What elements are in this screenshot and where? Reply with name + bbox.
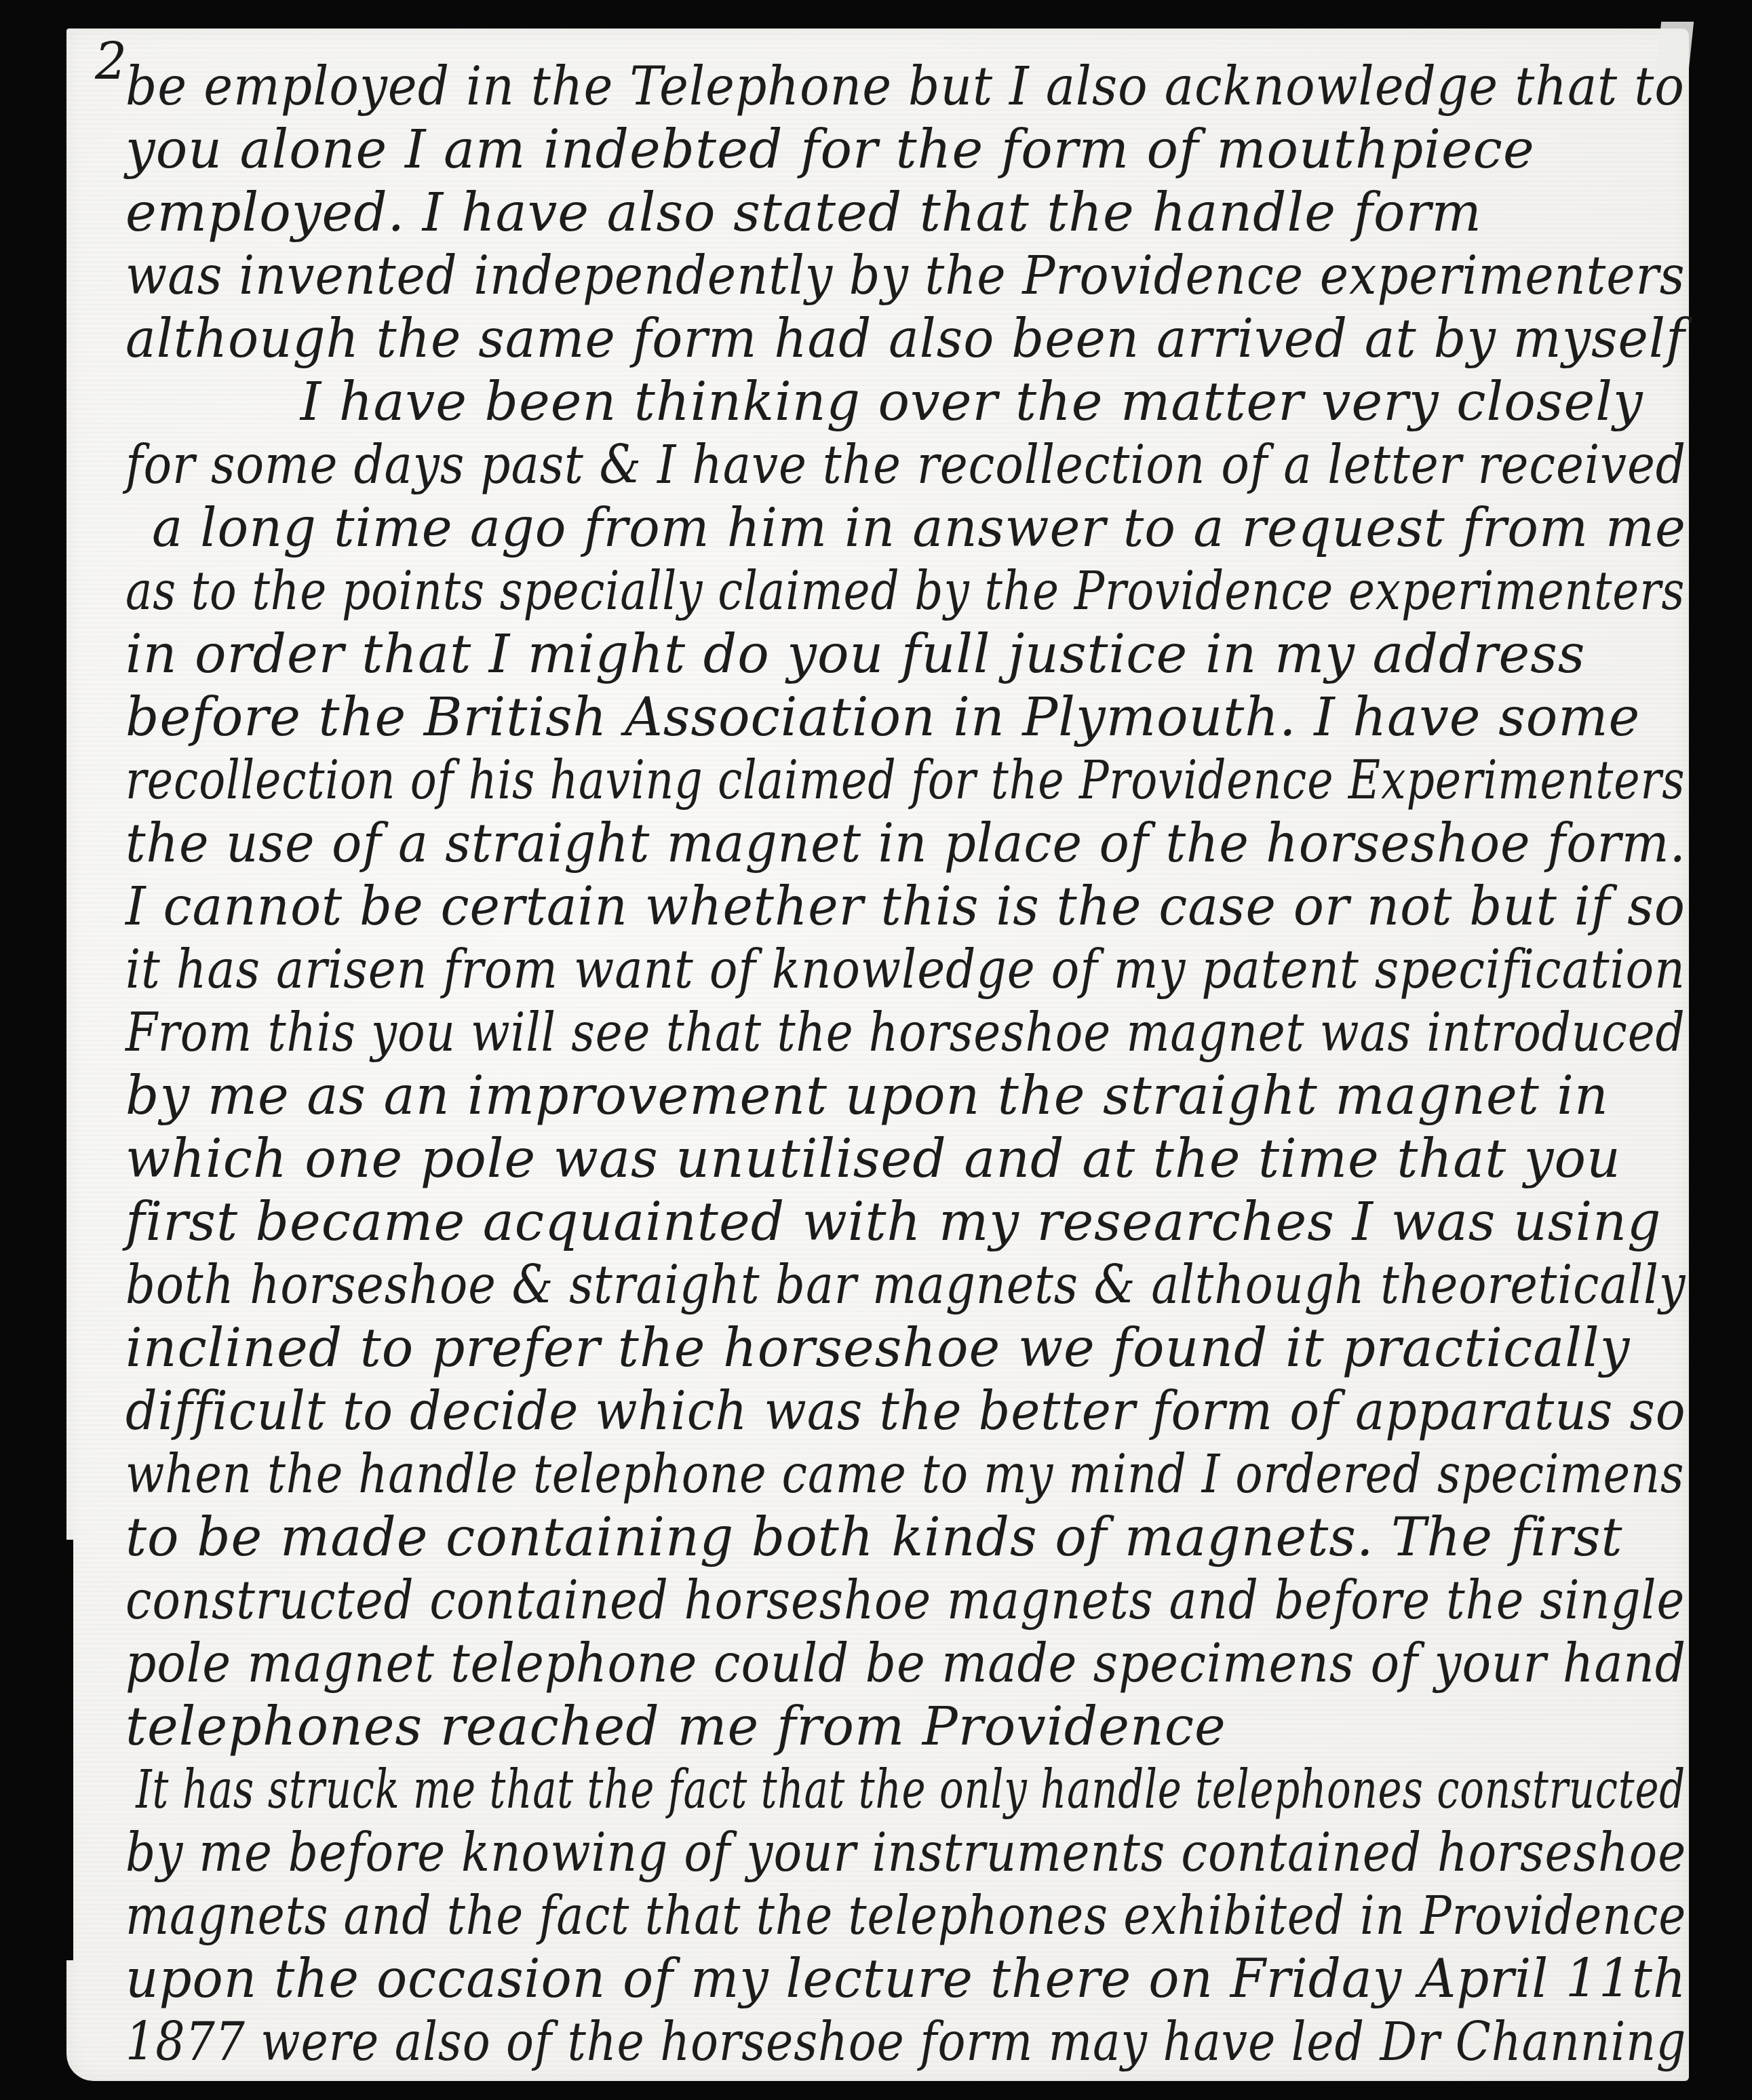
handwritten-line: inclined to prefer the horseshoe we foun…: [125, 1317, 1685, 1380]
scanned-page: 2 be employed in the Telephone but I als…: [0, 0, 1752, 2100]
handwritten-line: recollection of his having claimed for t…: [125, 750, 1433, 813]
handwritten-line: by me before knowing of your instruments…: [125, 1822, 1524, 1885]
handwritten-line: a long time ago from him in answer to a …: [125, 497, 1658, 560]
handwritten-line: be employed in the Telephone but I also …: [125, 56, 1589, 119]
handwritten-line: It has struck me that the fact that the …: [125, 1759, 1323, 1822]
handwritten-line: which one pole was unutilised and at the…: [125, 1128, 1685, 1191]
page-number: 2: [95, 33, 127, 91]
handwritten-line: before the British Association in Plymou…: [125, 686, 1685, 750]
handwritten-line: the use of a straight magnet in place of…: [125, 813, 1612, 876]
handwritten-line: when the handle telephone came to my min…: [125, 1443, 1477, 1506]
handwritten-line: difficult to decide which was the better…: [125, 1380, 1595, 1443]
handwritten-line: constructed contained horseshoe magnets …: [125, 1570, 1515, 1633]
handwritten-line: 1877 were also of the horseshoe form may…: [125, 2011, 1499, 2074]
handwritten-line: From this you will see that the horsesho…: [125, 1002, 1487, 1065]
handwritten-line: for some days past & I have the recollec…: [125, 434, 1523, 497]
handwritten-line: I cannot be certain whether this is the …: [125, 876, 1641, 939]
handwritten-line: in order that I might do you full justic…: [125, 623, 1685, 686]
handwritten-line: both horseshoe & straight bar magnets & …: [125, 1254, 1511, 1317]
handwritten-line: although the same form had also been arr…: [125, 308, 1639, 371]
handwritten-line: telephones reached me from Providence: [125, 1696, 1685, 1759]
handwritten-line: you alone I am indebted for the form of …: [125, 119, 1685, 182]
handwritten-line: upon the occasion of my lecture there on…: [125, 1948, 1642, 2011]
handwritten-line: magnets and the fact that the telephones…: [125, 1885, 1490, 1948]
handwritten-line: was invented independently by the Provid…: [125, 245, 1570, 308]
handwritten-line: employed. I have also stated that the ha…: [125, 182, 1685, 245]
handwritten-line: by me as an improvement upon the straigh…: [125, 1065, 1685, 1128]
handwritten-line: first became acquainted with my research…: [125, 1191, 1685, 1254]
handwritten-line: pole magnet telephone could be made spec…: [125, 1633, 1555, 1696]
handwritten-line: to be made containing both kinds of magn…: [125, 1506, 1685, 1570]
handwritten-line: as to the points specially claimed by th…: [125, 560, 1457, 623]
handwritten-line: I have been thinking over the matter ver…: [125, 371, 1685, 434]
torn-edge: [66, 1540, 73, 1960]
letter-body: be employed in the Telephone but I also …: [125, 56, 1699, 2074]
handwritten-line: it has arisen from want of knowledge of …: [125, 939, 1524, 1002]
